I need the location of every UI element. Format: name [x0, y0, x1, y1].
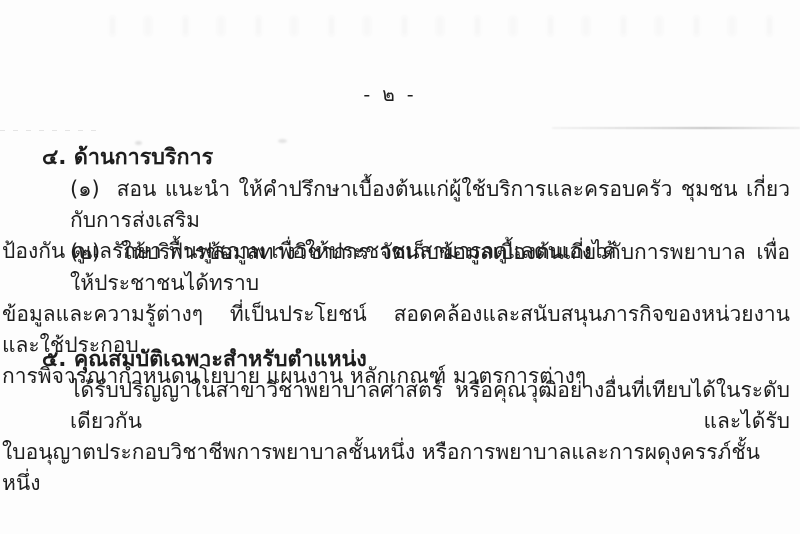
paragraph-line: (๒) ให้บริการข้อมูลทางวิชาการ จัดเก็บข้อ… [2, 237, 790, 299]
paragraph-line: (๑) สอน แนะนำ ให้คำปรึกษาเบื้องต้นแก่ผู้… [2, 174, 790, 236]
page-number: - ๒ - [0, 80, 780, 110]
section-5-paragraph-1: ได้รับปริญญาในสาขาวิชาพยาบาลศาสตร์ หรือค… [2, 375, 790, 499]
section-5-heading: ๕. คุณสมบัติเฉพาะสำหรับตำแหน่ง [42, 344, 367, 375]
scanned-document-page: - ๒ - ๔. ด้านการบริการ (๑) สอน แนะนำ ให้… [0, 0, 800, 534]
paragraph-line: ใบอนุญาตประกอบวิชาชีพการพยาบาลชั้นหนึ่ง … [2, 437, 790, 499]
scan-artifact-line-right [552, 127, 800, 129]
scan-artifact-line-left [0, 130, 100, 131]
scan-artifact-speckle-band [110, 16, 790, 36]
paragraph-line: ได้รับปริญญาในสาขาวิชาพยาบาลศาสตร์ หรือค… [2, 375, 790, 437]
section-4-heading: ๔. ด้านการบริการ [42, 142, 213, 173]
scan-artifact-speck [278, 139, 287, 143]
